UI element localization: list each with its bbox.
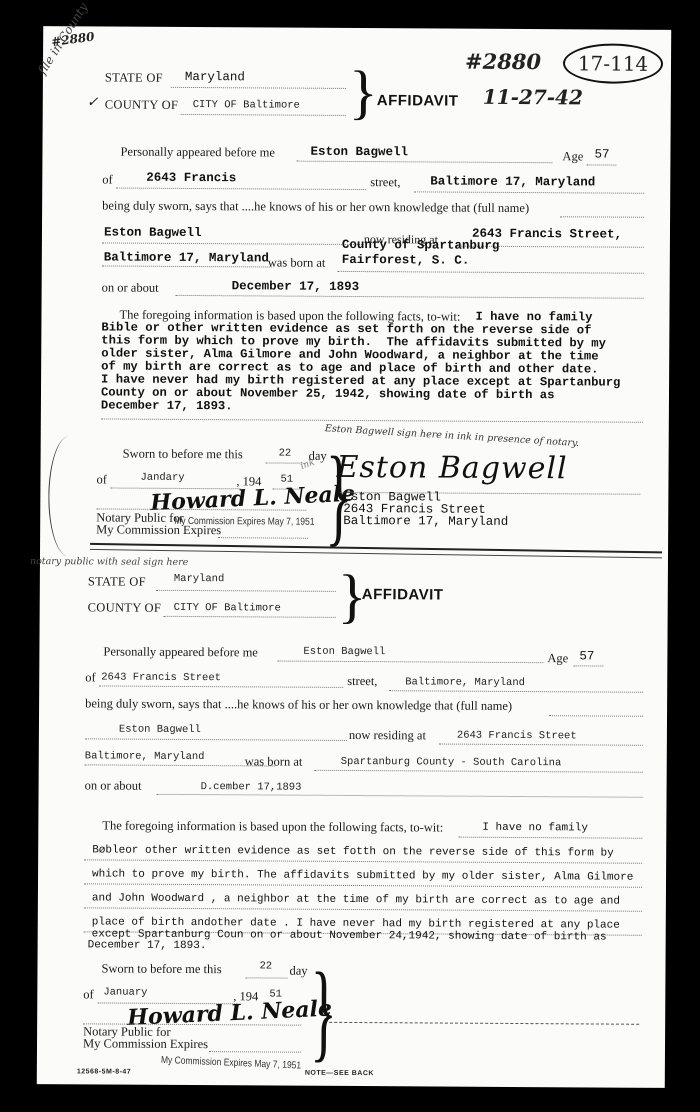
affiant-signature-line <box>329 1022 639 1025</box>
facts-line-2-6: December 17, 1893. <box>88 939 207 952</box>
county-of-label-2: COUNTY OF <box>88 600 162 615</box>
facts-line-2-3: and John Woodward , a neighbor at the ti… <box>92 892 620 907</box>
state-of-label-2: STATE OF <box>88 574 146 589</box>
age-value-1: 57 <box>594 147 609 161</box>
sworn-day-1: 22 <box>279 448 292 460</box>
appeared-label-1: Personally appeared before me <box>120 145 275 161</box>
of-label-2: of <box>85 670 96 685</box>
signature-instruction-annotation: Eston Bagwell sign here in ink in presen… <box>325 423 580 449</box>
facts-label-2: The foregoing information is based upon … <box>102 818 443 835</box>
form-number: 12568-5M-8-47 <box>77 1068 131 1075</box>
born-label-1: was born at <box>268 255 326 270</box>
commission-stamp-2: My Commission Expires May 7, 1951 <box>161 1055 302 1072</box>
notary-instruction-annotation: notary public with seal sign here <box>30 556 188 568</box>
born-value-2: Spartanburg County - South Carolina <box>341 756 562 769</box>
affidavit-document: #2880 file in County ✓ #2880 17-114 11-2… <box>37 26 671 1088</box>
date-annotation: 11-27-42 <box>483 85 583 110</box>
birth-date-2: D.cember 17,1893 <box>201 781 302 794</box>
state-value-1: Maryland <box>185 70 245 84</box>
commission-label-2: My Commission Expires <box>83 1036 208 1052</box>
appeared-name-1: Eston Bagwell <box>310 145 408 160</box>
county-value-2: CITY OF Baltimore <box>174 602 281 615</box>
street-value-2: 2643 Francis Street <box>101 671 221 684</box>
city-value-1: Baltimore 17, Maryland <box>430 174 595 189</box>
about-label-1: on or about <box>102 280 159 295</box>
brace: } <box>310 956 337 1066</box>
day-label-2: day <box>289 964 307 979</box>
born-value-1b: Fairforest, S. C. <box>342 253 470 268</box>
street-value-1: 2643 Francis <box>146 171 236 186</box>
affidavit-title-2: AFFIDAVIT <box>362 586 444 603</box>
brace: } <box>349 62 378 122</box>
see-back-note: NOTE—SEE BACK <box>305 1070 374 1077</box>
facts-line-2-1: Bøbleor other written evidence as set fo… <box>92 844 614 859</box>
sworn-before-label-2: Sworn to before me this <box>101 961 221 977</box>
age-label-1: Age <box>562 149 583 164</box>
checkmark-icon: ✓ <box>87 94 99 110</box>
age-value-2: 57 <box>579 649 594 663</box>
facts-line-1-7: December 17, 1893. <box>101 399 233 412</box>
born-value-1a: County of Spartanburg <box>342 239 500 252</box>
sworn-text-2: being duly sworn, says that ....he knows… <box>85 696 512 714</box>
circled-file-number: 17-114 <box>563 43 663 84</box>
of-month-label-1: of <box>96 472 107 487</box>
age-label-2: Age <box>547 651 568 666</box>
state-of-label-1: STATE OF <box>105 70 163 85</box>
facts-line-2-2: which to prove my birth. The affidavits … <box>92 868 633 883</box>
handwritten-bracket <box>48 436 90 556</box>
of-month-label-2: of <box>83 987 94 1002</box>
affiant-address-line2: Baltimore 17, Maryland <box>343 515 508 528</box>
residing-city-2: Baltimore, Maryland <box>85 750 205 763</box>
sworn-month-2: January <box>103 986 147 998</box>
case-number-right-annotation: #2880 <box>465 49 541 74</box>
appeared-label-2: Personally appeared before me <box>103 644 258 660</box>
commission-stamp-1: My Commission Expires May 7, 1951 <box>174 516 314 528</box>
state-value-2: Maryland <box>174 573 224 585</box>
appeared-name-2: Eston Bagwell <box>303 646 385 659</box>
residing-city-1: Baltimore 17, Maryland <box>104 250 269 265</box>
street-label-2: street, <box>347 674 377 689</box>
sworn-before-label-1: Sworn to before me this <box>123 447 243 463</box>
residing-label-2: now residing at <box>349 728 426 743</box>
residing-value-2: 2643 Francis Street <box>457 730 577 743</box>
sworn-day-2: 22 <box>259 960 272 972</box>
birth-date-1: December 17, 1893 <box>232 279 360 294</box>
about-label-2: on or about <box>85 778 142 793</box>
street-label-1: street, <box>370 175 400 190</box>
city-value-2: Baltimore, Maryland <box>405 676 525 689</box>
sworn-month-1: Jandary <box>140 472 184 484</box>
full-name-1: Eston Bagwell <box>104 225 202 240</box>
county-of-label-1: COUNTY OF <box>105 97 179 112</box>
born-label-2: was born at <box>245 754 303 769</box>
of-label-1: of <box>102 172 113 187</box>
affidavit-title-1: AFFIDAVIT <box>377 92 459 109</box>
ink-annotation: ink <box>299 458 316 472</box>
full-name-2: Eston Bagwell <box>119 724 201 737</box>
facts-line-2-0: I have no family <box>482 822 588 835</box>
affiant-signature: Eston Bagwell <box>336 450 567 486</box>
county-value-1: CITY OF Baltimore <box>193 99 300 112</box>
sworn-text-1: being duly sworn, says that ....he knows… <box>102 198 529 216</box>
